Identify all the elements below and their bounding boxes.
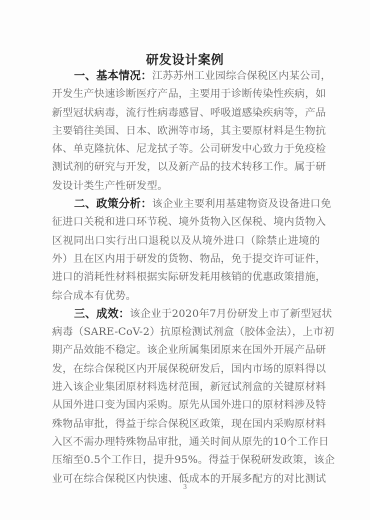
section-1-line-6: 测试剂的研究与开发，以及新产品的技术转移工作。属于研 — [52, 158, 320, 176]
section-1-line-4: 主要销往美国、日本、欧洲等市场，其主要原材料是生物抗 — [52, 122, 320, 140]
document-title: 研发设计案例 — [0, 50, 370, 68]
section-2-line-2: 征进口关税和进口环节税、境外货物入区保税、境内货物入 — [52, 213, 320, 231]
section-3-line-4: 发，在综合保税区内开展保税研发后，国内市场的原料得以 — [52, 360, 320, 378]
section-3-heading: 三、成效： — [74, 307, 130, 320]
section-1-line-2: 开发生产快速诊断医疗产品，主要用于诊断传染性疾病，如 — [52, 85, 320, 103]
section-2-line-6: 综合成本有优势。 — [52, 287, 320, 305]
section-1-heading: 一、基本情况： — [74, 69, 152, 82]
section-1-line-7: 发设计类生产性研发型。 — [52, 177, 320, 195]
section-2-line-5: 进口的消耗性材料根据实际研发耗用核销的优惠政策措施， — [52, 268, 320, 286]
section-3-line-3: 期产品效能不稳定。该企业所属集团原来在国外开展产品研 — [52, 341, 320, 359]
section-3-line-5: 进入该企业集团原材料选材范围，新冠试剂盒的关键原材料 — [52, 378, 320, 396]
section-2-line-1: 二、政策分析：该企业主要利用基建物资及设备进口免 — [52, 195, 320, 213]
page-number: 3 — [0, 484, 370, 491]
section-3-line-7: 殊物品审批，得益于综合保税区政策，现在国内采购原材料 — [52, 415, 320, 433]
section-1-line-5: 体、单克隆抗体、尼龙拭子等。公司研发中心致力于免疫检 — [52, 140, 320, 158]
section-1-line-3: 新型冠状病毒，流行性病毒感冒、呼吸道感染疾病等，产品 — [52, 104, 320, 122]
document-body: 一、基本情况：江苏苏州工业园综合保税区内某公司， 开发生产快速诊断医疗产品，主要… — [52, 67, 320, 488]
section-3-line-9: 压缩至0.5个工作日，提升95%。得益于保税研发政策，该企 — [52, 451, 320, 469]
section-1-line-1: 一、基本情况：江苏苏州工业园综合保税区内某公司， — [52, 67, 320, 85]
section-2-line-3: 区视同出口实行出口退税以及从境外进口（除禁止进境的 — [52, 232, 320, 250]
section-2-line-4: 外）且在区内用于研发的货物、物品，免于提交许可证件， — [52, 250, 320, 268]
document-page: 研发设计案例 一、基本情况：江苏苏州工业园综合保税区内某公司， 开发生产快速诊断… — [0, 0, 370, 520]
section-3-line-2: 病毒（SARE-CoV-2）抗原检测试剂盒（胶体金法），上市初 — [52, 323, 320, 341]
section-2-heading: 二、政策分析： — [74, 197, 152, 210]
section-3-line-6: 从国外进口变为国内采购。原先从国外进口的原材料涉及特 — [52, 396, 320, 414]
section-3-line-1: 三、成效：该企业于2020年7月份研发上市了新型冠状 — [52, 305, 320, 323]
section-3-line-8: 入区不需办理特殊物品审批，通关时间从原先的10个工作日 — [52, 433, 320, 451]
